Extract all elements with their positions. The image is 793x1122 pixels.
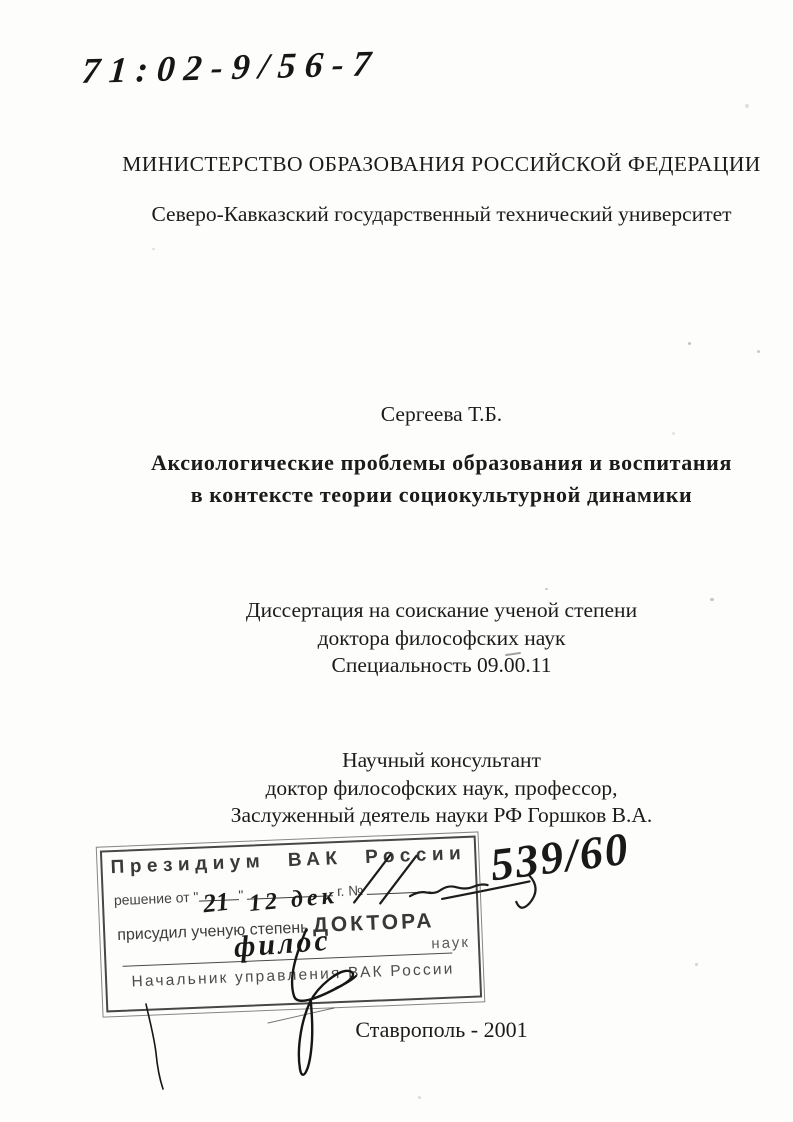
stamp-degree: ДОКТОРА — [312, 909, 434, 937]
ministry-line: МИНИСТЕРСТВО ОБРАЗОВАНИЯ РОССИЙСКОЙ ФЕДЕ… — [45, 152, 793, 177]
scan-speck — [545, 588, 548, 590]
dissertation-title-line1: Аксиологические проблемы образования и в… — [45, 450, 793, 476]
consultant-name-line: Заслуженный деятель науки РФ Горшков В.А… — [45, 803, 793, 828]
scan-speck — [745, 104, 749, 108]
stamp-quote-close: " — [238, 887, 244, 903]
specialty-line: Специальность 09.00.11 — [45, 653, 793, 678]
stamp-decision-prefix: решение от " — [114, 889, 199, 908]
handwritten-day: 21 — [201, 887, 230, 920]
stamp-sciences-label: наук — [431, 934, 470, 953]
degree-statement-line1: Диссертация на соискание ученой степени — [45, 598, 793, 623]
dissertation-title-line2: в контексте теории социокультурной динам… — [45, 482, 793, 508]
degree-statement-line2: доктора философских наук — [45, 626, 793, 651]
scanned-dissertation-title-page: 71:02-9/56-7 МИНИСТЕРСТВО ОБРАЗОВАНИЯ РО… — [0, 0, 793, 1122]
scan-speck — [672, 432, 675, 435]
handwritten-protocol-number: 539/60 — [487, 822, 632, 892]
handwritten-catalog-number: 71:02-9/56-7 — [80, 42, 381, 92]
university-line: Северо-Кавказский государственный технич… — [45, 202, 793, 227]
scan-speck — [695, 963, 698, 966]
scan-speck — [757, 350, 760, 353]
consultant-heading: Научный консультант — [45, 748, 793, 773]
city-year-line: Ставрополь - 2001 — [45, 1017, 793, 1043]
consultant-degree-line: доктор философских наук, профессор, — [45, 776, 793, 801]
scan-speck — [418, 1096, 421, 1099]
vak-presidium-stamp: Президиум ВАК России решение от "21" 12 … — [100, 836, 482, 1013]
stamp-day-field: 21 — [199, 899, 239, 902]
scan-speck — [152, 248, 155, 250]
scan-speck — [710, 598, 714, 601]
author-name: Сергеева Т.Б. — [45, 402, 793, 427]
scan-speck — [688, 342, 691, 345]
handwritten-science-field: филос — [233, 924, 332, 965]
